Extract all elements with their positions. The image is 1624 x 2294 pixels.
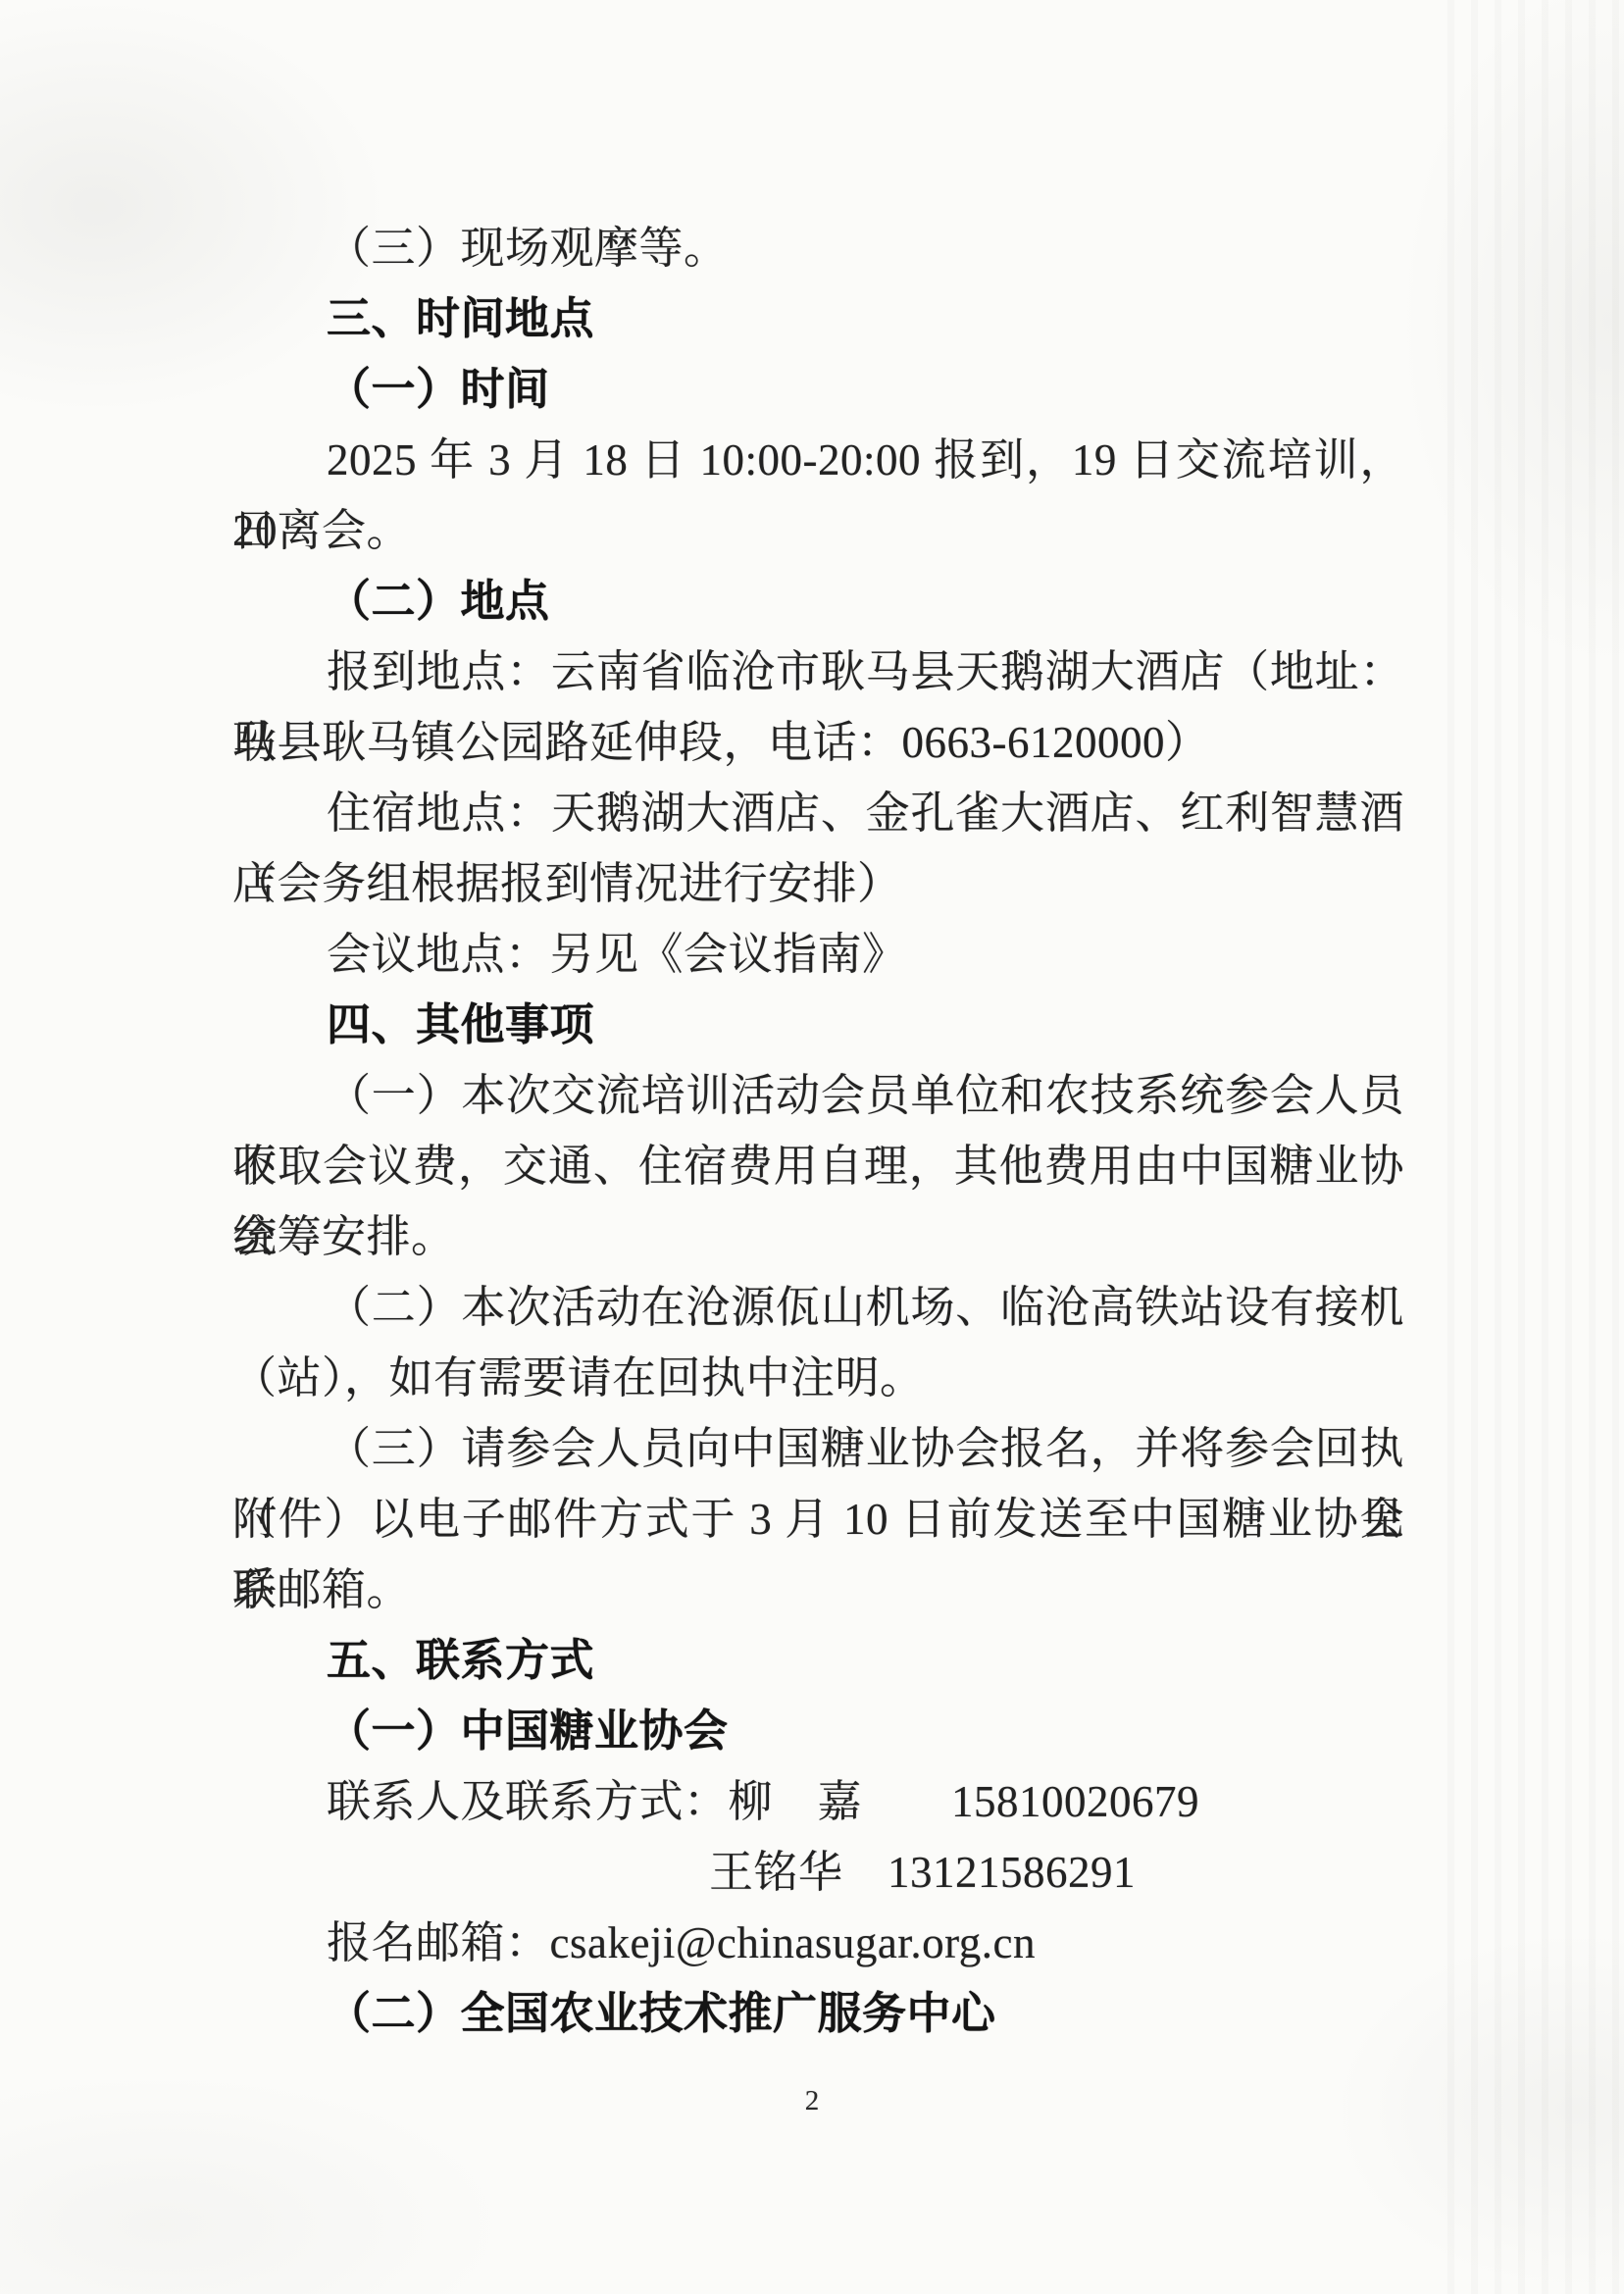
- doc-line: （站），如有需要请在回执中注明。: [232, 1343, 1404, 1413]
- doc-line: （会务组根据报到情况进行安排）: [232, 848, 1404, 919]
- doc-line: 三、时间地点: [232, 283, 1404, 354]
- doc-line: 会议地点：另见《会议指南》: [232, 919, 1404, 990]
- doc-line: （三）现场观摩等。: [232, 213, 1404, 283]
- doc-line: 住宿地点：天鹅湖大酒店、金孔雀大酒店、红利智慧酒店: [232, 778, 1404, 848]
- doc-line: 日离会。: [232, 495, 1404, 566]
- doc-line: （一）中国糖业协会: [232, 1696, 1404, 1766]
- doc-line: 系邮箱。: [232, 1555, 1404, 1625]
- doc-line: （二）全国农业技术推广服务中心: [232, 1978, 1404, 2049]
- doc-line: 四、其他事项: [232, 990, 1404, 1060]
- doc-line: 王铭华 13121586291: [709, 1837, 1404, 1908]
- doc-line: （二）本次活动在沧源佤山机场、临沧高铁站设有接机: [232, 1272, 1404, 1343]
- doc-line: 报到地点：云南省临沧市耿马县天鹅湖大酒店（地址：耿: [232, 637, 1404, 707]
- page-number: 2: [0, 2083, 1624, 2118]
- doc-line: 五、联系方式: [232, 1625, 1404, 1696]
- doc-line: （一）本次交流培训活动会员单位和农技系统参会人员不: [232, 1060, 1404, 1131]
- doc-line: 2025 年 3 月 18 日 10:00-20:00 报到，19 日交流培训，…: [232, 425, 1404, 495]
- doc-line: 马县耿马镇公园路延伸段，电话：0663-6120000）: [232, 707, 1404, 778]
- doc-line: 收取会议费，交通、住宿费用自理，其他费用由中国糖业协会: [232, 1131, 1404, 1201]
- doc-line: 联系人及联系方式：柳 嘉 15810020679: [232, 1766, 1404, 1837]
- doc-line: 统筹安排。: [232, 1201, 1404, 1272]
- doc-line: 附件）以电子邮件方式于 3 月 10 日前发送至中国糖业协会联: [232, 1484, 1404, 1555]
- document-scan-page: （三）现场观摩等。三、时间地点（一）时间2025 年 3 月 18 日 10:0…: [0, 0, 1624, 2294]
- doc-line: （三）请参会人员向中国糖业协会报名，并将参会回执（见: [232, 1413, 1404, 1484]
- scan-noise-streaks: [1447, 0, 1624, 2294]
- doc-line: （一）时间: [232, 354, 1404, 425]
- doc-line: 报名邮箱：csakeji@chinasugar.org.cn: [232, 1908, 1404, 1978]
- document-body: （三）现场观摩等。三、时间地点（一）时间2025 年 3 月 18 日 10:0…: [232, 213, 1404, 2049]
- doc-line: （二）地点: [232, 566, 1404, 637]
